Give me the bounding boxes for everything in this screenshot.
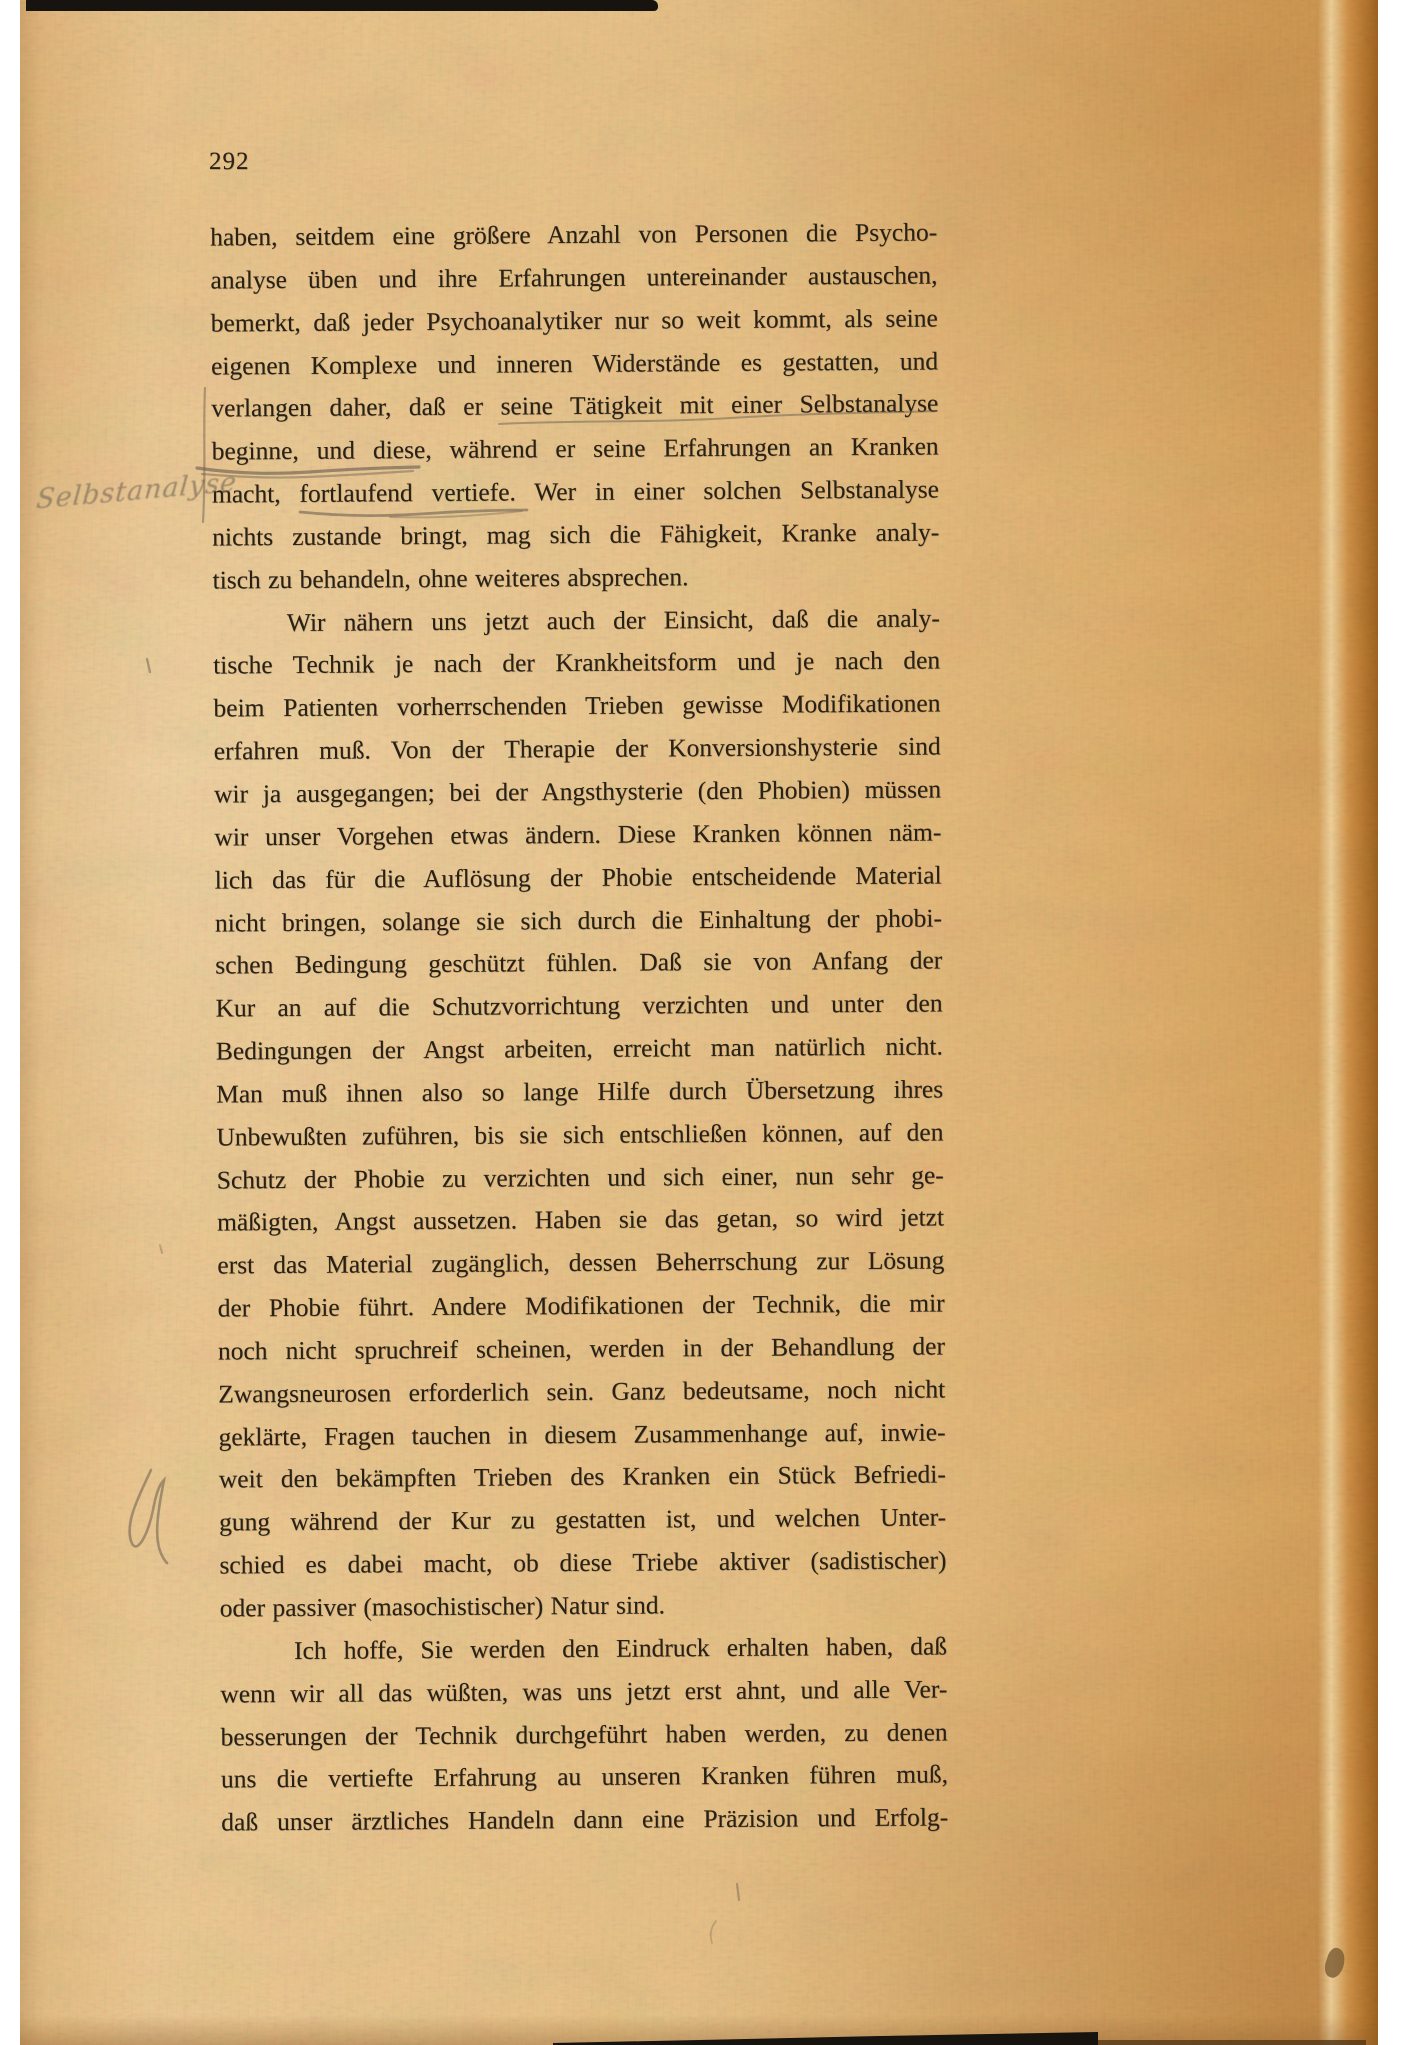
text-line: der Phobie führt. Andere Modifikationen … <box>217 1283 944 1331</box>
paragraph-3: Ich hoffe, Sie werden den Eindruck erhal… <box>220 1625 948 1844</box>
text-line: lich das für die Auflösung der Phobie en… <box>214 854 941 902</box>
text-line: weit den bekämpften Trieben des Kranken … <box>219 1454 946 1502</box>
text-line: besserungen der Technik durchgeführt hab… <box>220 1711 947 1759</box>
text-line: analyse üben und ihre Erfahrungen untere… <box>210 254 937 302</box>
paragraph-1: haben, seitdem eine größere Anzahl von P… <box>210 211 940 602</box>
text-line: haben, seitdem eine größere Anzahl von P… <box>210 211 937 259</box>
text-line: schen Bedingung geschützt fühlen. Daß si… <box>215 940 942 988</box>
paper-right-edge <box>1318 0 1378 2045</box>
paper-bottom-shadow <box>20 2015 1378 2045</box>
scanned-book-page: 292 haben, seitdem eine größere Anzahl v… <box>0 0 1403 2045</box>
text-line: daß unser ärztliches Handeln dann eine P… <box>221 1797 948 1845</box>
text-line: beginne, und diese, während er seine Erf… <box>212 426 939 474</box>
text-line: Man muß ihnen also so lange Hilfe durch … <box>216 1068 943 1116</box>
text-line: wir unser Vorgehen etwas ändern. Diese K… <box>214 811 941 859</box>
text-line: Schutz der Phobie zu verzichten und sich… <box>217 1154 944 1202</box>
text-line: tisch zu behandeln, ohne weiteres abspre… <box>212 554 939 602</box>
text-line: oder passiver (masochistischer) Natur si… <box>220 1582 947 1630</box>
page-number: 292 <box>209 148 250 176</box>
paper-left-edge-shadow <box>20 0 46 2045</box>
text-line: wir ja ausgegangen; bei der Angsthysteri… <box>214 768 941 816</box>
text-line: eigenen Komplexe und inneren Widerstände… <box>211 340 938 388</box>
text-line: gung während der Kur zu gestatten ist, u… <box>219 1497 946 1545</box>
text-line: geklärte, Fragen tauchen in diesem Zusam… <box>218 1411 945 1459</box>
text-line: Bedingungen der Angst arbeiten, erreicht… <box>216 1025 943 1073</box>
text-line: Wir nähern uns jetzt auch der Einsicht, … <box>213 597 940 645</box>
text-line: nicht bringen, solange sie sich durch di… <box>215 897 942 945</box>
text-line: Kur an auf die Schutzvorrichtung verzich… <box>215 983 942 1031</box>
text-line: nichts zustande bringt, mag sich die Fäh… <box>212 511 939 559</box>
text-line: Ich hoffe, Sie werden den Eindruck erhal… <box>220 1625 947 1673</box>
text-line: erst das Material zugänglich, dessen Beh… <box>217 1240 944 1288</box>
text-line: beim Patienten vorherrschenden Trieben g… <box>213 683 940 731</box>
text-line: verlangen daher, daß er seine Tätigkeit … <box>211 383 938 431</box>
text-line: bemerkt, daß jeder Psychoanalytiker nur … <box>211 297 938 345</box>
text-line: tische Technik je nach der Krankheitsfor… <box>213 640 940 688</box>
text-line: erfahren muß. Von der Therapie der Konve… <box>214 726 941 774</box>
text-line: wenn wir all das wüßten, was uns jetzt e… <box>220 1668 947 1716</box>
scan-artifact-top-bar <box>26 0 658 11</box>
text-line: Unbewußten zuführen, bis sie sich entsch… <box>216 1111 943 1159</box>
text-line: macht, fortlaufend vertiefe. Wer in eine… <box>212 468 939 516</box>
text-line: uns die vertiefte Erfahrung au unseren K… <box>221 1754 948 1802</box>
body-text: haben, seitdem eine größere Anzahl von P… <box>210 211 948 1844</box>
paragraph-2: Wir nähern uns jetzt auch der Einsicht, … <box>213 597 947 1630</box>
text-line: noch nicht spruchreif scheinen, werden i… <box>218 1325 945 1373</box>
text-line: schied es dabei macht, ob diese Triebe a… <box>219 1540 946 1588</box>
text-line: Zwangsneurosen erforderlich sein. Ganz b… <box>218 1368 945 1416</box>
text-line: mäßigten, Angst aussetzen. Haben sie das… <box>217 1197 944 1245</box>
